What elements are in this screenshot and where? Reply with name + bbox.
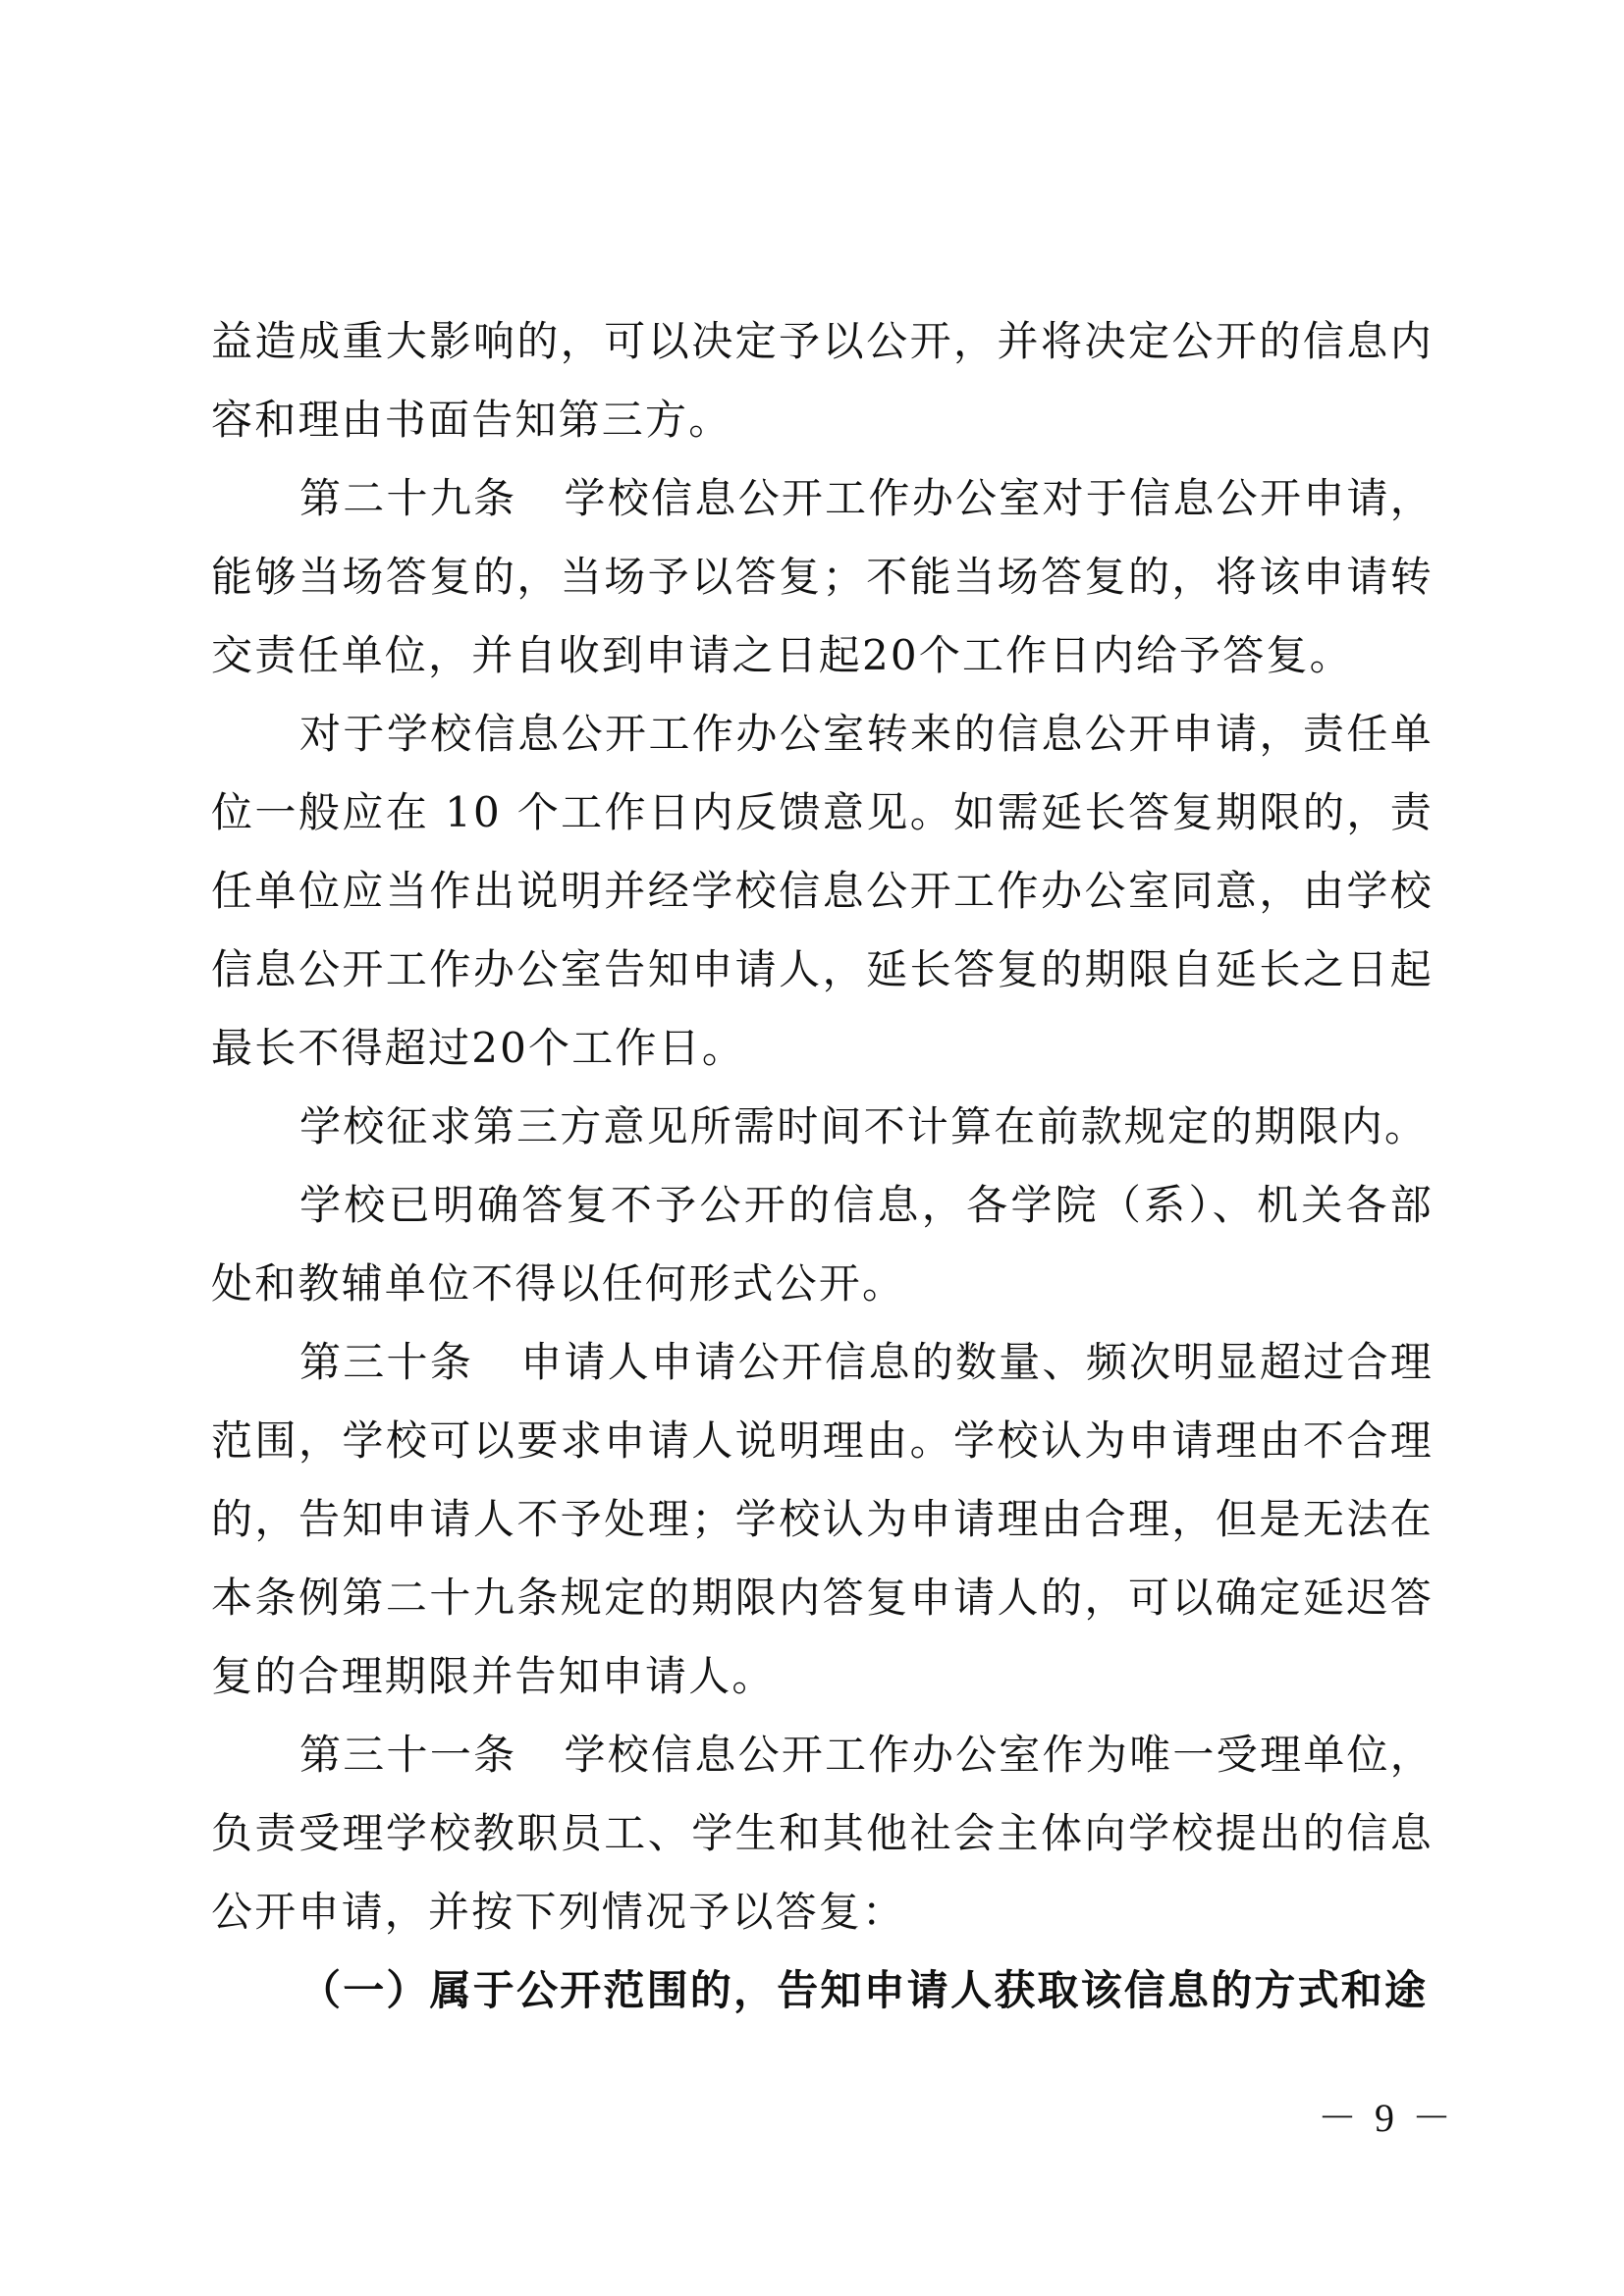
paragraph-text: 学校已明确答复不予公开的信息，各学院（系）、机关各部处和教辅单位不得以任何形式公… bbox=[211, 1181, 1434, 1308]
paragraph-text: （一）属于公开范围的，告知申请人获取该信息的方式和途 bbox=[299, 1966, 1428, 2014]
paragraph-non-disclosure: 学校已明确答复不予公开的信息，各学院（系）、机关各部处和教辅单位不得以任何形式公… bbox=[211, 1166, 1434, 1323]
article-29: 第二十九条学校信息公开工作办公室对于信息公开申请，能够当场答复的，当场予以答复；… bbox=[211, 459, 1434, 695]
paragraph-text: 对于学校信息公开工作办公室转来的信息公开申请，责任单位一般应在 10 个工作日内… bbox=[211, 710, 1434, 1072]
paragraph-continuation: 益造成重大影响的，可以决定予以公开，并将决定公开的信息内容和理由书面告知第三方。 bbox=[211, 302, 1434, 459]
paragraph-third-party-time: 学校征求第三方意见所需时间不计算在前款规定的期限内。 bbox=[211, 1088, 1434, 1166]
paragraph-text: 申请人申请公开信息的数量、频次明显超过合理范围，学校可以要求申请人说明理由。学校… bbox=[211, 1338, 1434, 1700]
document-page: 益造成重大影响的，可以决定予以公开，并将决定公开的信息内容和理由书面告知第三方。… bbox=[211, 302, 1434, 2030]
paragraph-response-deadline: 对于学校信息公开工作办公室转来的信息公开申请，责任单位一般应在 10 个工作日内… bbox=[211, 695, 1434, 1088]
article-heading: 第三十条 bbox=[299, 1338, 473, 1386]
paragraph-text: 学校征求第三方意见所需时间不计算在前款规定的期限内。 bbox=[299, 1102, 1428, 1150]
article-31: 第三十一条学校信息公开工作办公室作为唯一受理单位，负责受理学校教职员工、学生和其… bbox=[211, 1716, 1434, 1951]
article-heading: 第二十九条 bbox=[299, 474, 516, 522]
article-30: 第三十条申请人申请公开信息的数量、频次明显超过合理范围，学校可以要求申请人说明理… bbox=[211, 1323, 1434, 1716]
page-number: － 9 － bbox=[1318, 2087, 1455, 2143]
paragraph-text: 益造成重大影响的，可以决定予以公开，并将决定公开的信息内容和理由书面告知第三方。 bbox=[211, 317, 1434, 444]
article-heading: 第三十一条 bbox=[299, 1731, 516, 1779]
list-item-1: （一）属于公开范围的，告知申请人获取该信息的方式和途 bbox=[211, 1951, 1434, 2030]
